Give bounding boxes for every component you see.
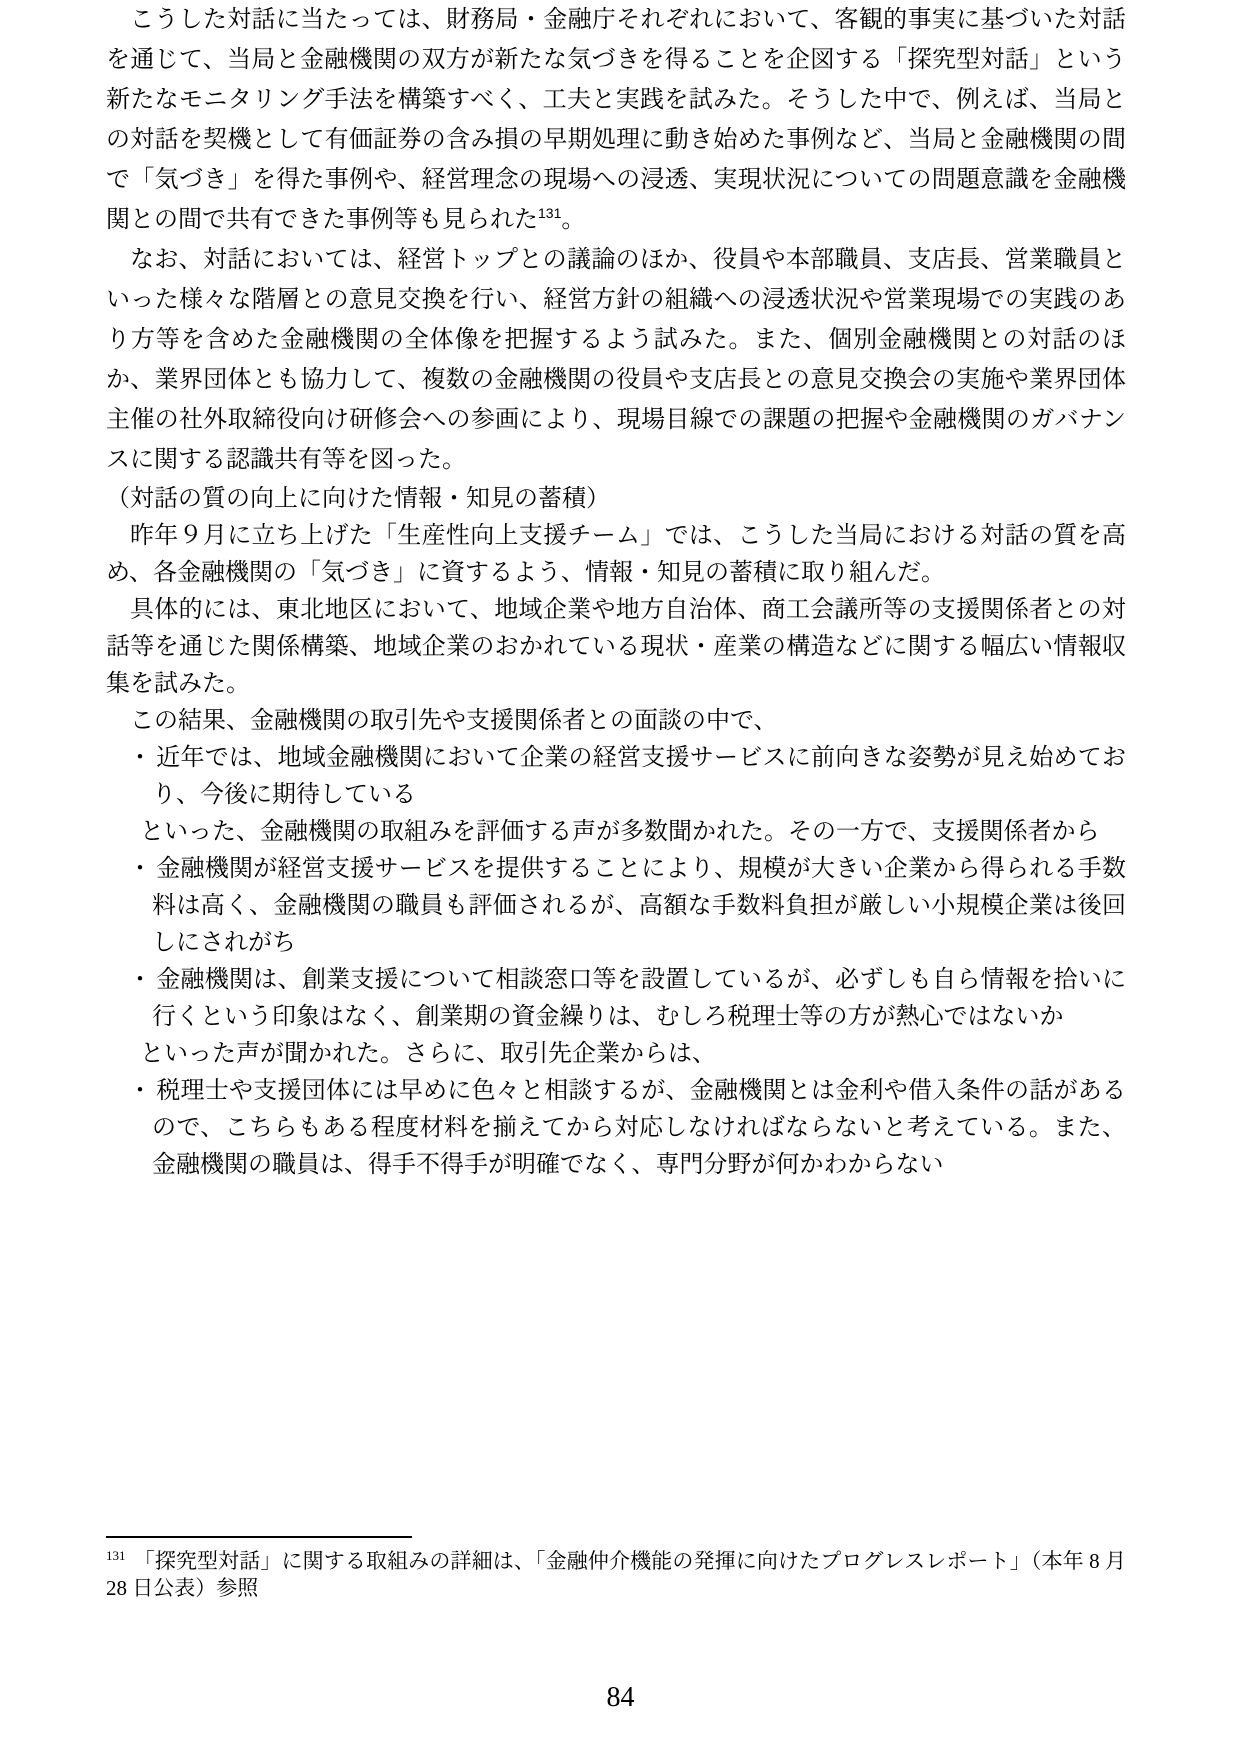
paragraph-tohoku: 具体的には、東北地区において、地域企業や地方自治体、商工会議所等の支援関係者との… [106,591,1126,702]
page-number: 84 [0,1684,1241,1712]
bullet-item-tax-accountant: ・税理士や支援団体には早めに色々と相談するが、金融機関とは金利や借入条件の話があ… [106,1072,1126,1183]
paragraph-text: こうした対話に当たっては、財務局・金融庁それぞれにおいて、客観的事実に基づいた対… [106,6,1126,233]
body-text-column: こうした対話に当たっては、財務局・金融庁それぞれにおいて、客観的事実に基づいた対… [106,0,1126,1183]
bullet-item-fees: ・金融機関が経営支援サービスを提供することにより、規模が大きい企業から得られる手… [106,850,1126,961]
bullet-text: 金融機関が経営支援サービスを提供することにより、規模が大きい企業から得られる手数… [152,855,1126,956]
footnote-reference-131: 131 [538,205,561,221]
paragraph-lead-out-2: といった声が聞かれた。さらに、取引先企業からは、 [106,1035,1126,1072]
bullet-marker: ・ [128,961,156,998]
paragraph-dialogue-layers: なお、対話においては、経営トップとの議論のほか、役員や本部職員、支店長、営業職員… [106,240,1126,480]
document-page: こうした対話に当たっては、財務局・金融庁それぞれにおいて、客観的事実に基づいた対… [0,0,1241,1754]
bullet-text: 税理士や支援団体には早めに色々と相談するが、金融機関とは金利や借入条件の話がある… [152,1077,1126,1178]
bullet-marker: ・ [128,1072,156,1109]
bullet-item-positive-attitude: ・近年では、地域金融機関において企業の経営支援サービスに前向きな姿勢が見え始めて… [106,739,1126,813]
bullet-marker: ・ [128,739,156,776]
footnote: 131「探究型対話」に関する取組みの詳細は、「金融仲介機能の発揮に向けたプログレ… [106,1548,1126,1602]
paragraph-dialogue-approach: こうした対話に当たっては、財務局・金融庁それぞれにおいて、客観的事実に基づいた対… [106,0,1126,240]
paragraph-result-intro: この結果、金融機関の取引先や支援関係者との面談の中で、 [106,702,1126,739]
footnote-area: 131「探究型対話」に関する取組みの詳細は、「金融仲介機能の発揮に向けたプログレ… [106,1536,1126,1602]
bullet-text: 近年では、地域金融機関において企業の経営支援サービスに前向きな姿勢が見え始めてお… [152,744,1126,808]
paragraph-lead-out-1: といった、金融機関の取組みを評価する声が多数聞かれた。その一方で、支援関係者から [106,813,1126,850]
footnote-separator [106,1536,412,1538]
bullet-text: 金融機関は、創業支援について相談窓口等を設置しているが、必ずしも自ら情報を拾いに… [152,966,1126,1030]
bullet-item-startup-support: ・金融機関は、創業支援について相談窓口等を設置しているが、必ずしも自ら情報を拾い… [106,961,1126,1035]
bullet-marker: ・ [128,850,156,887]
footnote-text: 「探究型対話」に関する取組みの詳細は、「金融仲介機能の発揮に向けたプログレスレポ… [106,1549,1126,1600]
section-heading: （対話の質の向上に向けた情報・知見の蓄積） [106,480,1126,517]
paragraph-suffix: 。 [561,206,585,233]
footnote-number: 131 [106,1548,126,1563]
paragraph-support-team: 昨年９月に立ち上げた「生産性向上支援チーム」では、こうした当局における対話の質を… [106,517,1126,591]
